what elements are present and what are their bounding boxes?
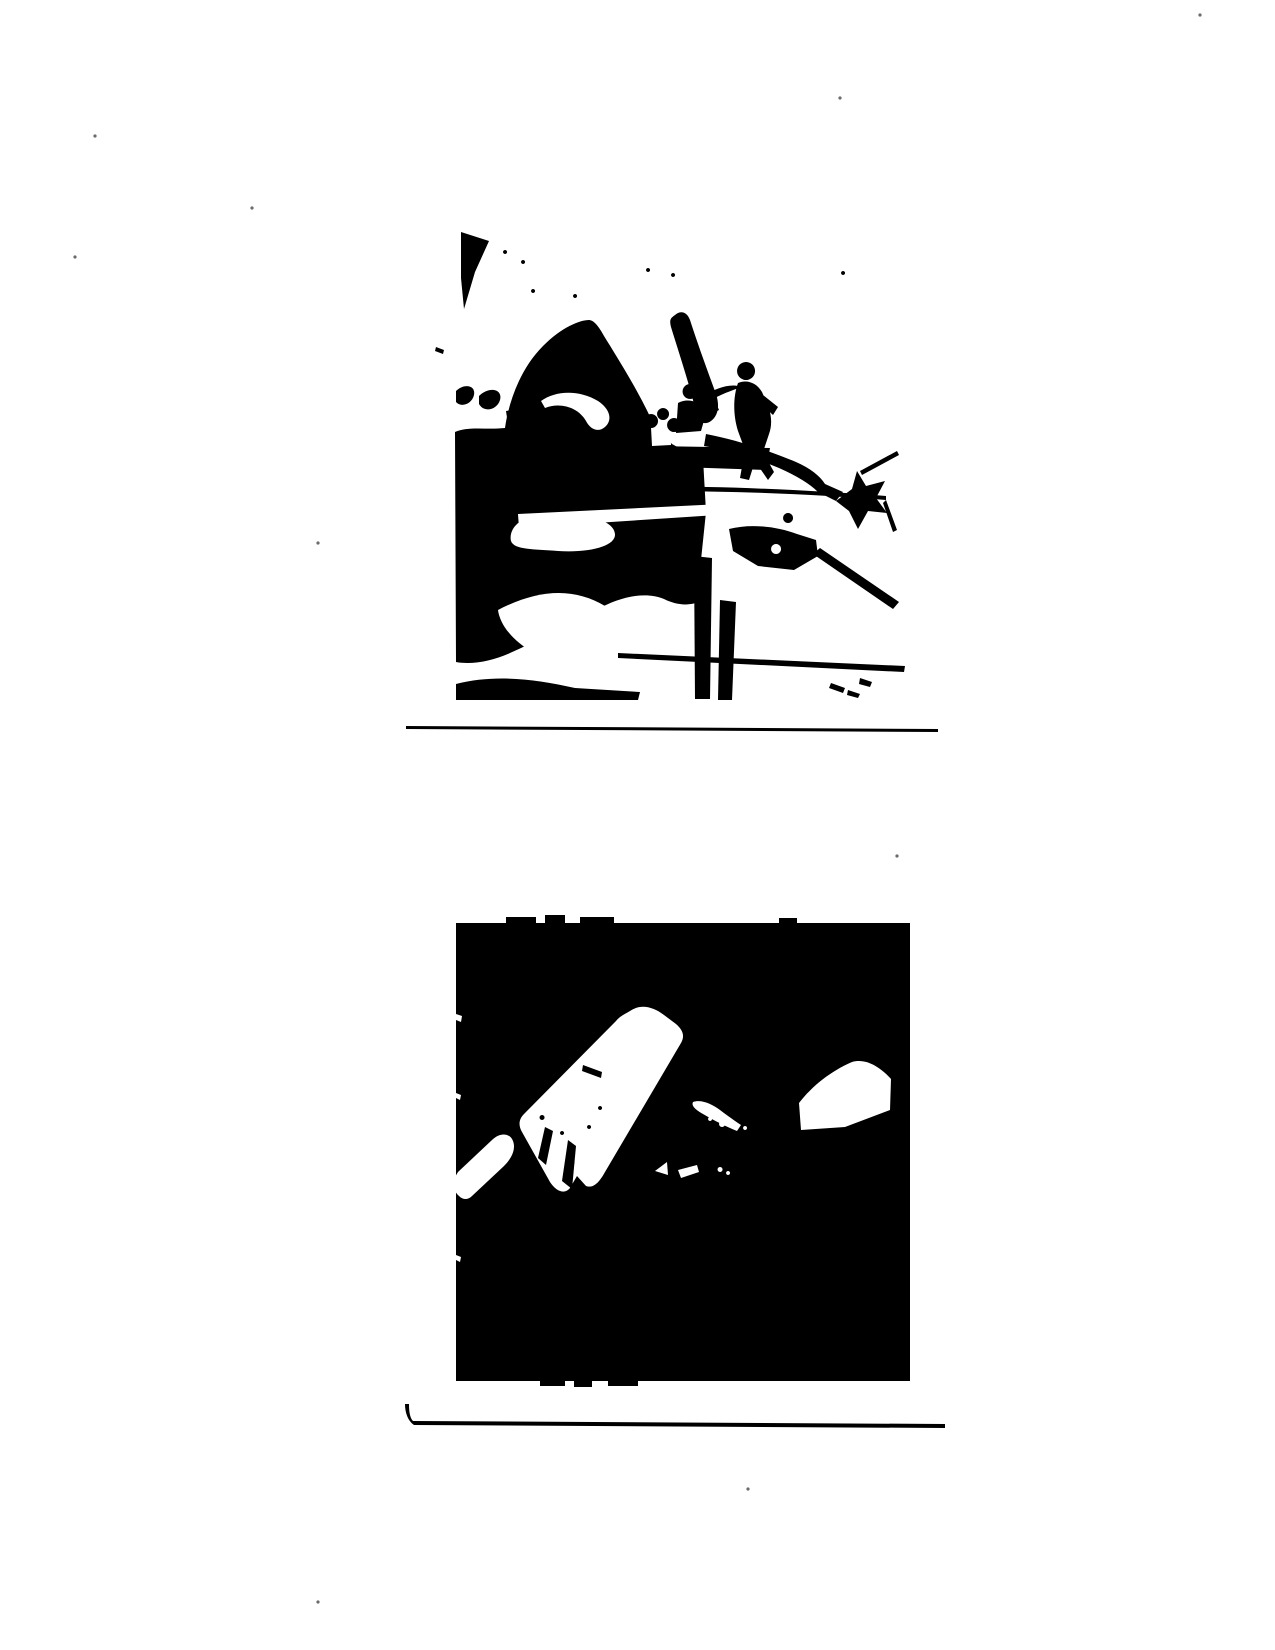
photo2-edge-rule [405,1404,945,1428]
page-speck [73,255,76,258]
photo1-edge-rule [406,726,938,732]
page-speck [746,1487,749,1490]
photo1-dark-dot [783,513,793,523]
photo1-diagonal-rod [813,548,899,609]
page-speck [250,206,253,209]
photo1-left-speck [435,347,444,354]
photo1-top-left-wedge [461,232,489,309]
photo1-sky-dots [503,250,845,298]
page-canvas [0,0,1275,1650]
page-speck [838,96,841,99]
photo2-black-frame [456,923,910,1381]
photo1-cowling-dome [505,320,653,433]
photo-wreck-silhouette [435,232,905,700]
photo1-diagonal-wire [860,451,899,475]
page-speck [316,1600,319,1603]
page-speck [895,854,898,857]
scanned-page [0,0,1275,1650]
photo1-blob-hole [771,544,781,554]
photo1-debris-curl-1 [456,386,474,405]
photo1-strut-leg-1 [694,556,712,699]
photo-dark-wing-panels [454,915,910,1387]
page-speck [93,134,96,137]
photo1-right-edge-line [883,500,897,532]
photo1-debris-curl-2 [479,390,500,409]
photo1-ground-dashes [829,678,872,698]
page-speck [1198,13,1201,16]
page-speck [316,541,319,544]
photo1-strut-leg-2 [718,600,736,700]
